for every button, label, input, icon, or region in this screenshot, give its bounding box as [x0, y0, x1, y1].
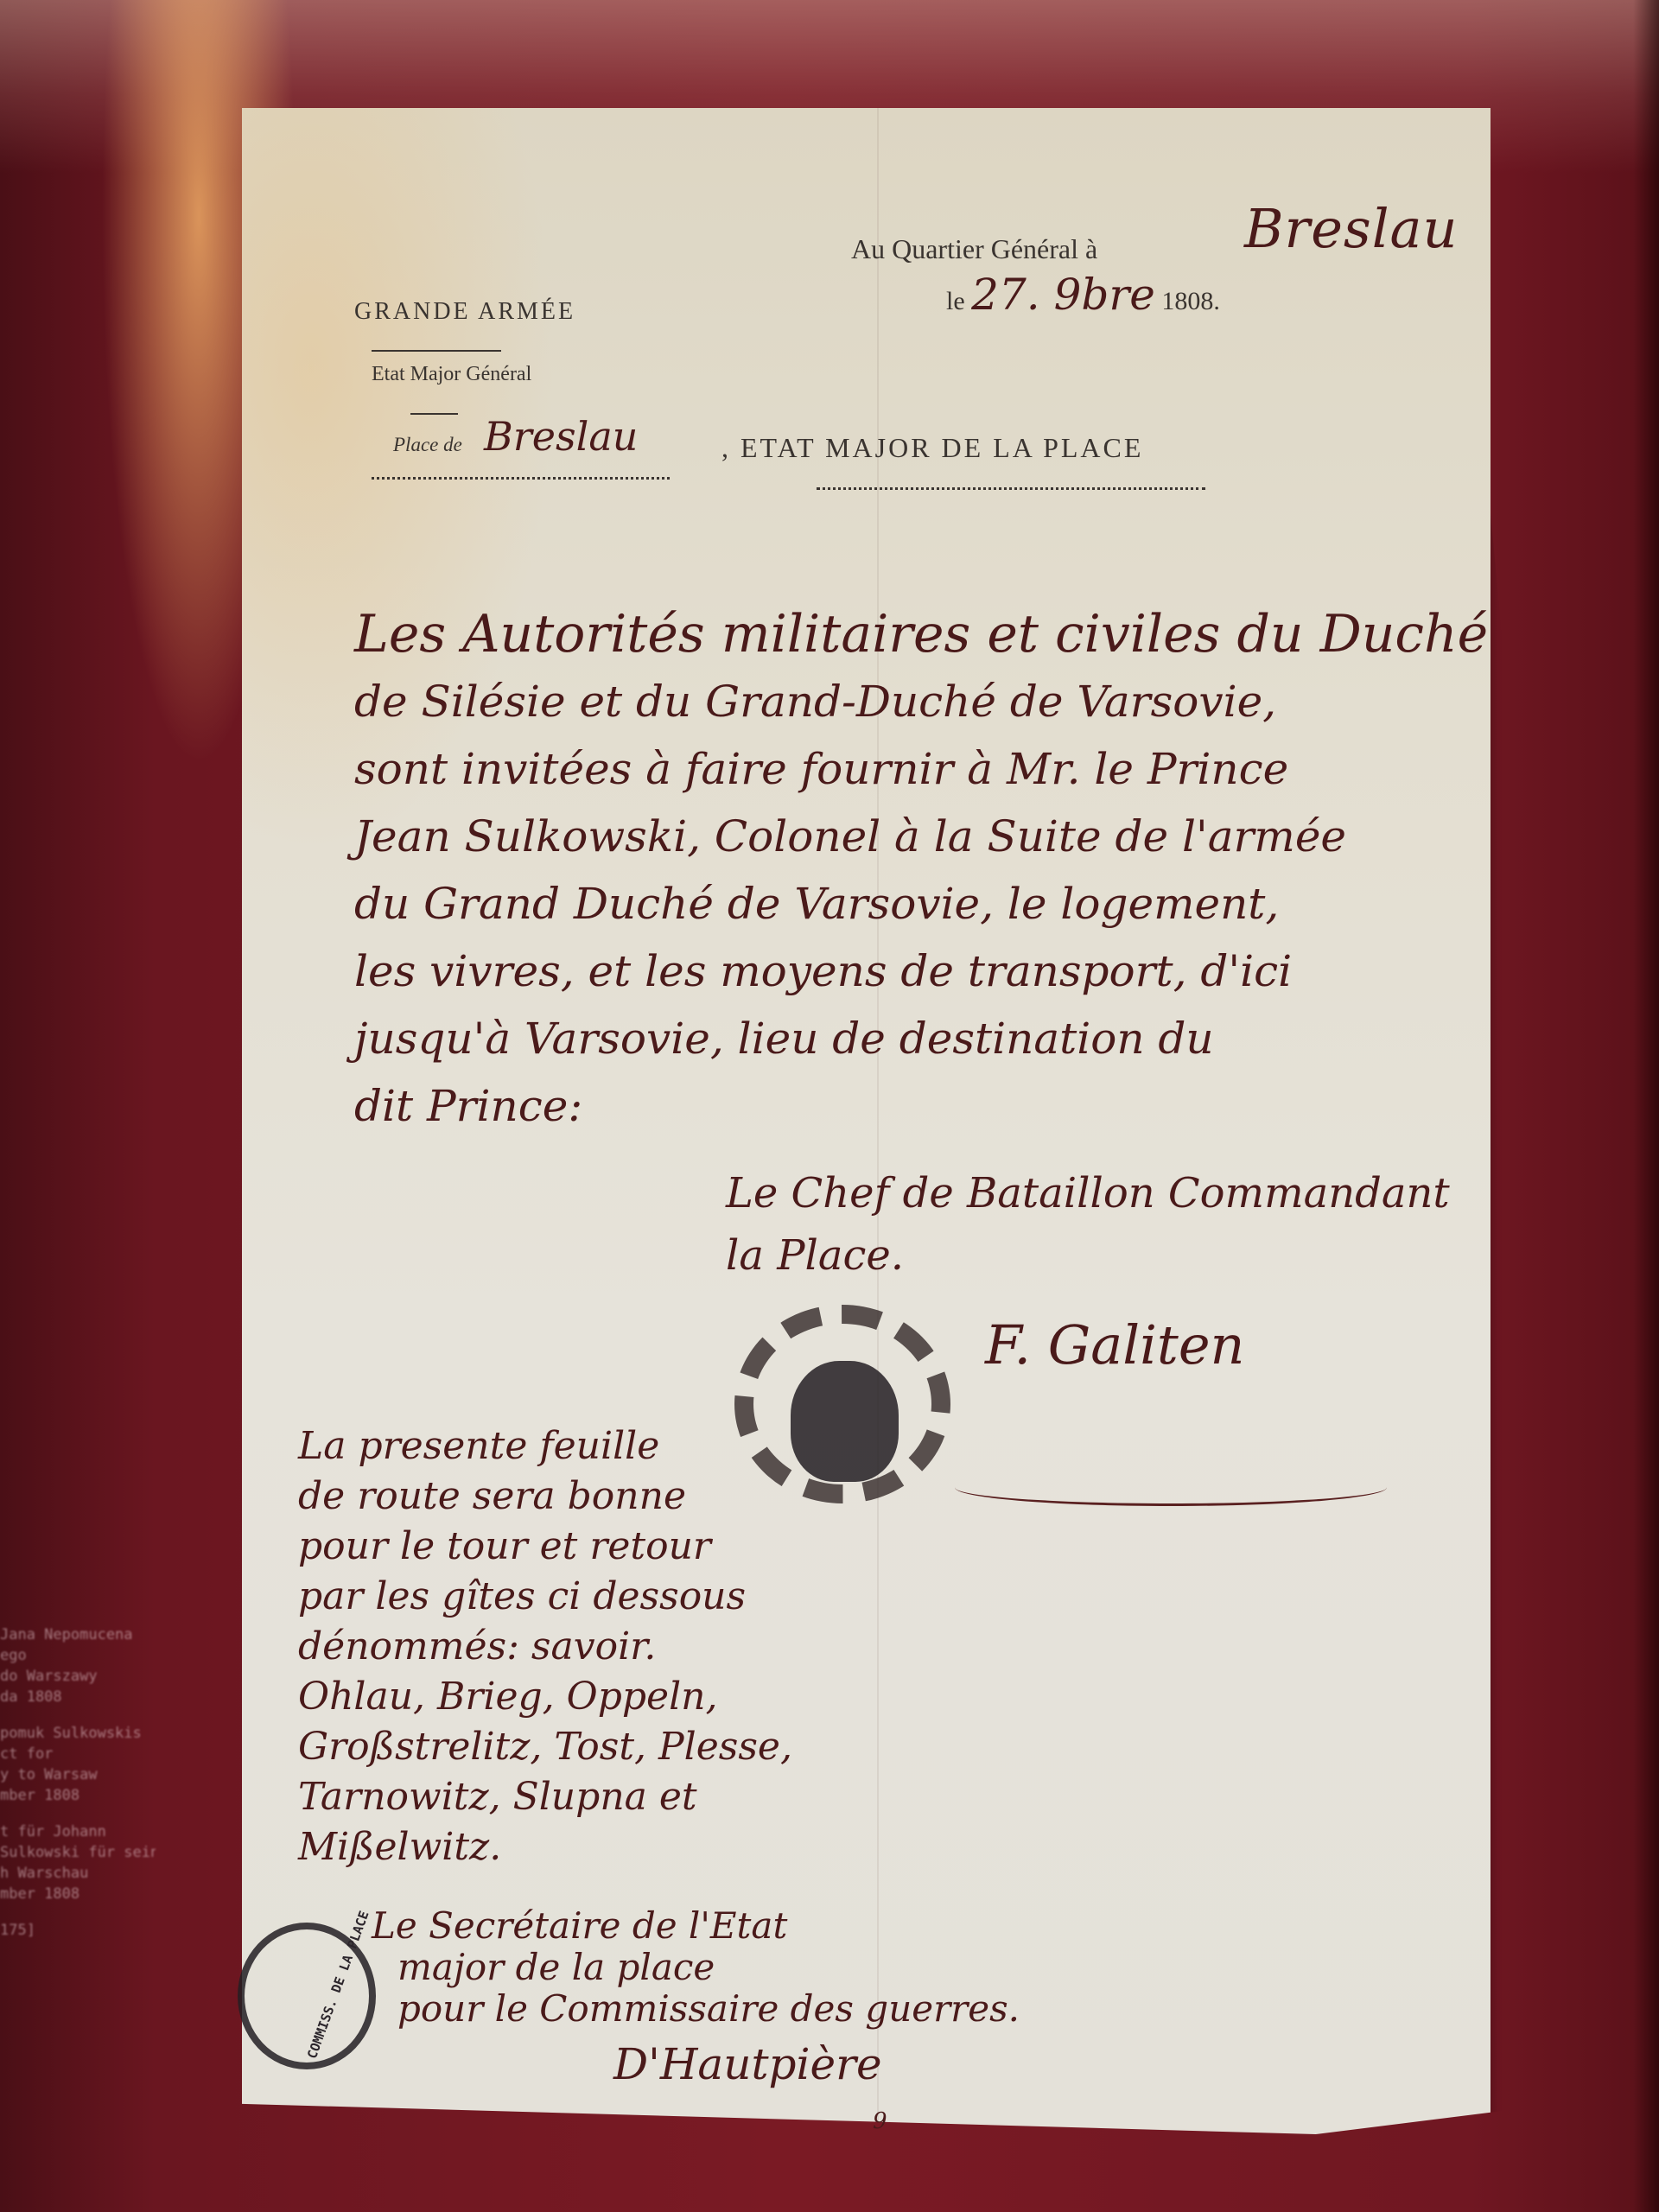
caption-line: pomuk Sulkowskis: [0, 1723, 156, 1744]
body-line: les vivres, et les moyens de transport, …: [354, 938, 1503, 1005]
place-title: , ETAT MAJOR DE LA PLACE: [721, 432, 1143, 464]
date-prefix: le: [946, 287, 965, 315]
round-stamp-icon: COMMISS. DE LA PLACE: [238, 1923, 376, 2069]
caption-line: ct for: [0, 1744, 156, 1764]
caption-gap: [0, 1707, 156, 1723]
body-line: Les Autorités militaires et civiles du D…: [354, 601, 1503, 668]
commander-signature: F. Galiten: [985, 1313, 1244, 1376]
body-line: du Grand Duché de Varsovie, le logement,: [354, 870, 1503, 938]
note-line: par les gîtes ci dessous: [298, 1572, 792, 1622]
note-line: Tarnowitz, Slupna et: [298, 1772, 792, 1822]
ornamental-rule: [372, 474, 670, 480]
body-line: dit Prince:: [354, 1072, 1503, 1140]
body-line: de Silésie et du Grand-Duché de Varsovie…: [354, 668, 1503, 735]
caption-gap: [0, 1806, 156, 1821]
signatory-title: Le Chef de Bataillon Commandant la Place…: [726, 1162, 1450, 1287]
secretary-line: pour le Commissaire des guerres.: [372, 1988, 1020, 2030]
caption-line: Sulkowski für seine: [0, 1842, 156, 1863]
body-line: sont invitées à faire fournir à Mr. le P…: [354, 735, 1503, 803]
caption-line: 175]: [0, 1920, 156, 1941]
date-line: le 27. 9bre 1808.: [946, 270, 1220, 320]
ornamental-rule: [817, 484, 1205, 490]
side-caption: Jana Nepomucena ego do Warszawy da 1808 …: [0, 1624, 156, 1941]
caption-line: mber 1808: [0, 1884, 156, 1904]
note-line: Großstrelitz, Tost, Plesse,: [298, 1722, 792, 1772]
secretary-signature: D'Hautpière: [613, 2039, 882, 2089]
org-subtitle: Etat Major Général: [372, 363, 531, 386]
secretary-note: Le Secrétaire de l'Etat major de la plac…: [372, 1905, 1020, 2030]
org-title: GRANDE ARMÉE: [354, 298, 575, 326]
hq-city-handwritten: Breslau: [1244, 197, 1458, 260]
signatory-title-line: Le Chef de Bataillon Commandant: [726, 1162, 1450, 1224]
edge-shadow: [1633, 0, 1659, 2212]
page-mark: 9: [873, 2108, 887, 2134]
note-line: Ohlau, Brieg, Oppeln,: [298, 1672, 792, 1722]
eagle-seal-center: [791, 1361, 899, 1482]
caption-gap: [0, 1904, 156, 1920]
secretary-line: Le Secrétaire de l'Etat: [372, 1905, 1020, 1947]
hq-label: Au Quartier Général à: [851, 233, 1097, 265]
caption-line: Jana Nepomucena: [0, 1624, 156, 1645]
caption-line: ego: [0, 1645, 156, 1666]
body-line: jusqu'à Varsovie, lieu de destination du: [354, 1005, 1503, 1072]
divider-rule: [410, 413, 458, 415]
note-line: La presente feuille: [298, 1421, 792, 1471]
divider-rule: [372, 350, 501, 352]
stamp-text: COMMISS. DE LA PLACE: [304, 1909, 372, 2061]
route-note: La presente feuille de route sera bonne …: [298, 1421, 792, 1872]
caption-line: da 1808: [0, 1687, 156, 1707]
note-line: dénommés: savoir.: [298, 1622, 792, 1672]
place-city-handwritten: Breslau: [484, 413, 638, 460]
signatory-title-line: la Place.: [726, 1224, 1450, 1287]
place-label: Place de: [393, 434, 462, 456]
date-year: 1808.: [1161, 287, 1220, 315]
note-line: Mißelwitz.: [298, 1822, 792, 1872]
secretary-line: major de la place: [372, 1947, 1020, 1988]
note-line: pour le tour et retour: [298, 1522, 792, 1572]
body-line: Jean Sulkowski, Colonel à la Suite de l'…: [354, 803, 1503, 870]
caption-line: do Warszawy: [0, 1666, 156, 1687]
caption-line: t für Johann: [0, 1821, 156, 1842]
letter-body: Les Autorités militaires et civiles du D…: [354, 601, 1503, 1140]
note-line: de route sera bonne: [298, 1471, 792, 1522]
caption-line: mber 1808: [0, 1785, 156, 1806]
date-handwritten: 27. 9bre: [971, 270, 1155, 320]
caption-line: y to Warsaw: [0, 1764, 156, 1785]
signature-flourish: [955, 1469, 1387, 1506]
caption-line: h Warschau: [0, 1863, 156, 1884]
